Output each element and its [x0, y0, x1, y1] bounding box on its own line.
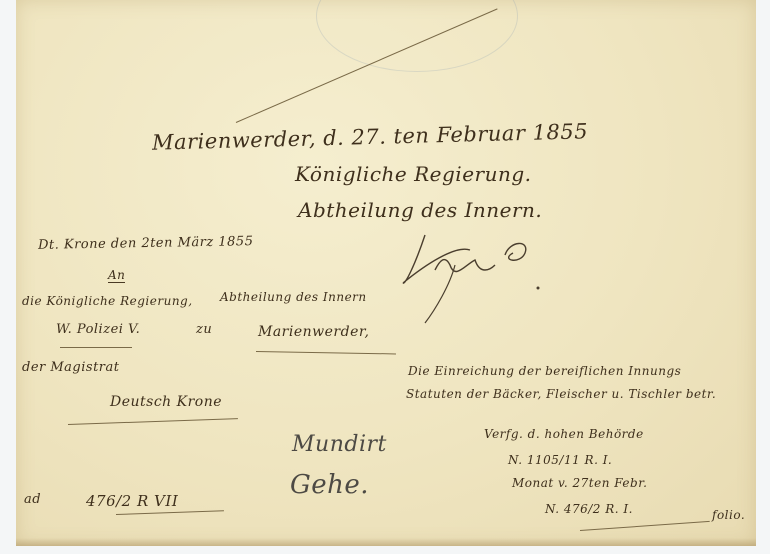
bottom-right-folio: folio. — [712, 508, 745, 522]
header-department: Abtheilung des Innern. — [298, 198, 542, 222]
header-authority: Königliche Regierung. — [295, 162, 532, 186]
left-note-to: An — [108, 268, 125, 283]
middle-signoff-line-2: Gehe. — [290, 470, 369, 500]
right-note-line-5: Monat v. 27ten Febr. — [512, 476, 647, 490]
left-note-sender-city: Deutsch Krone — [110, 394, 222, 410]
underline-recipient-2 — [60, 347, 132, 348]
faded-stamp — [316, 0, 518, 72]
bottom-left-reference: 476/2 R VII — [86, 492, 178, 510]
manuscript-page — [16, 0, 756, 546]
signature-main — [395, 225, 565, 325]
right-note-line-2: Statuten der Bäcker, Fleischer u. Tischl… — [406, 387, 716, 401]
left-note-sender: der Magistrat — [22, 360, 120, 375]
left-note-recipient-1: die Königliche Regierung, — [22, 294, 193, 308]
right-note-line-4: N. 1105/11 R. I. — [508, 453, 612, 467]
right-note-line-3: Verfg. d. hohen Behörde — [484, 427, 644, 441]
left-note-city: Marienwerder, — [258, 324, 369, 340]
bottom-left-mark: ad — [24, 492, 41, 507]
left-note-zu: zu — [196, 322, 212, 337]
right-note-line-1: Die Einreichung der bereiflichen Innungs — [408, 364, 681, 378]
middle-signoff-line-1: Mundirt — [292, 432, 387, 457]
right-note-line-6: N. 476/2 R. I. — [545, 502, 633, 516]
left-note-recipient-2: W. Polizei V. — [56, 322, 140, 337]
left-note-recipient-1b: Abtheilung des Innern — [220, 290, 367, 304]
